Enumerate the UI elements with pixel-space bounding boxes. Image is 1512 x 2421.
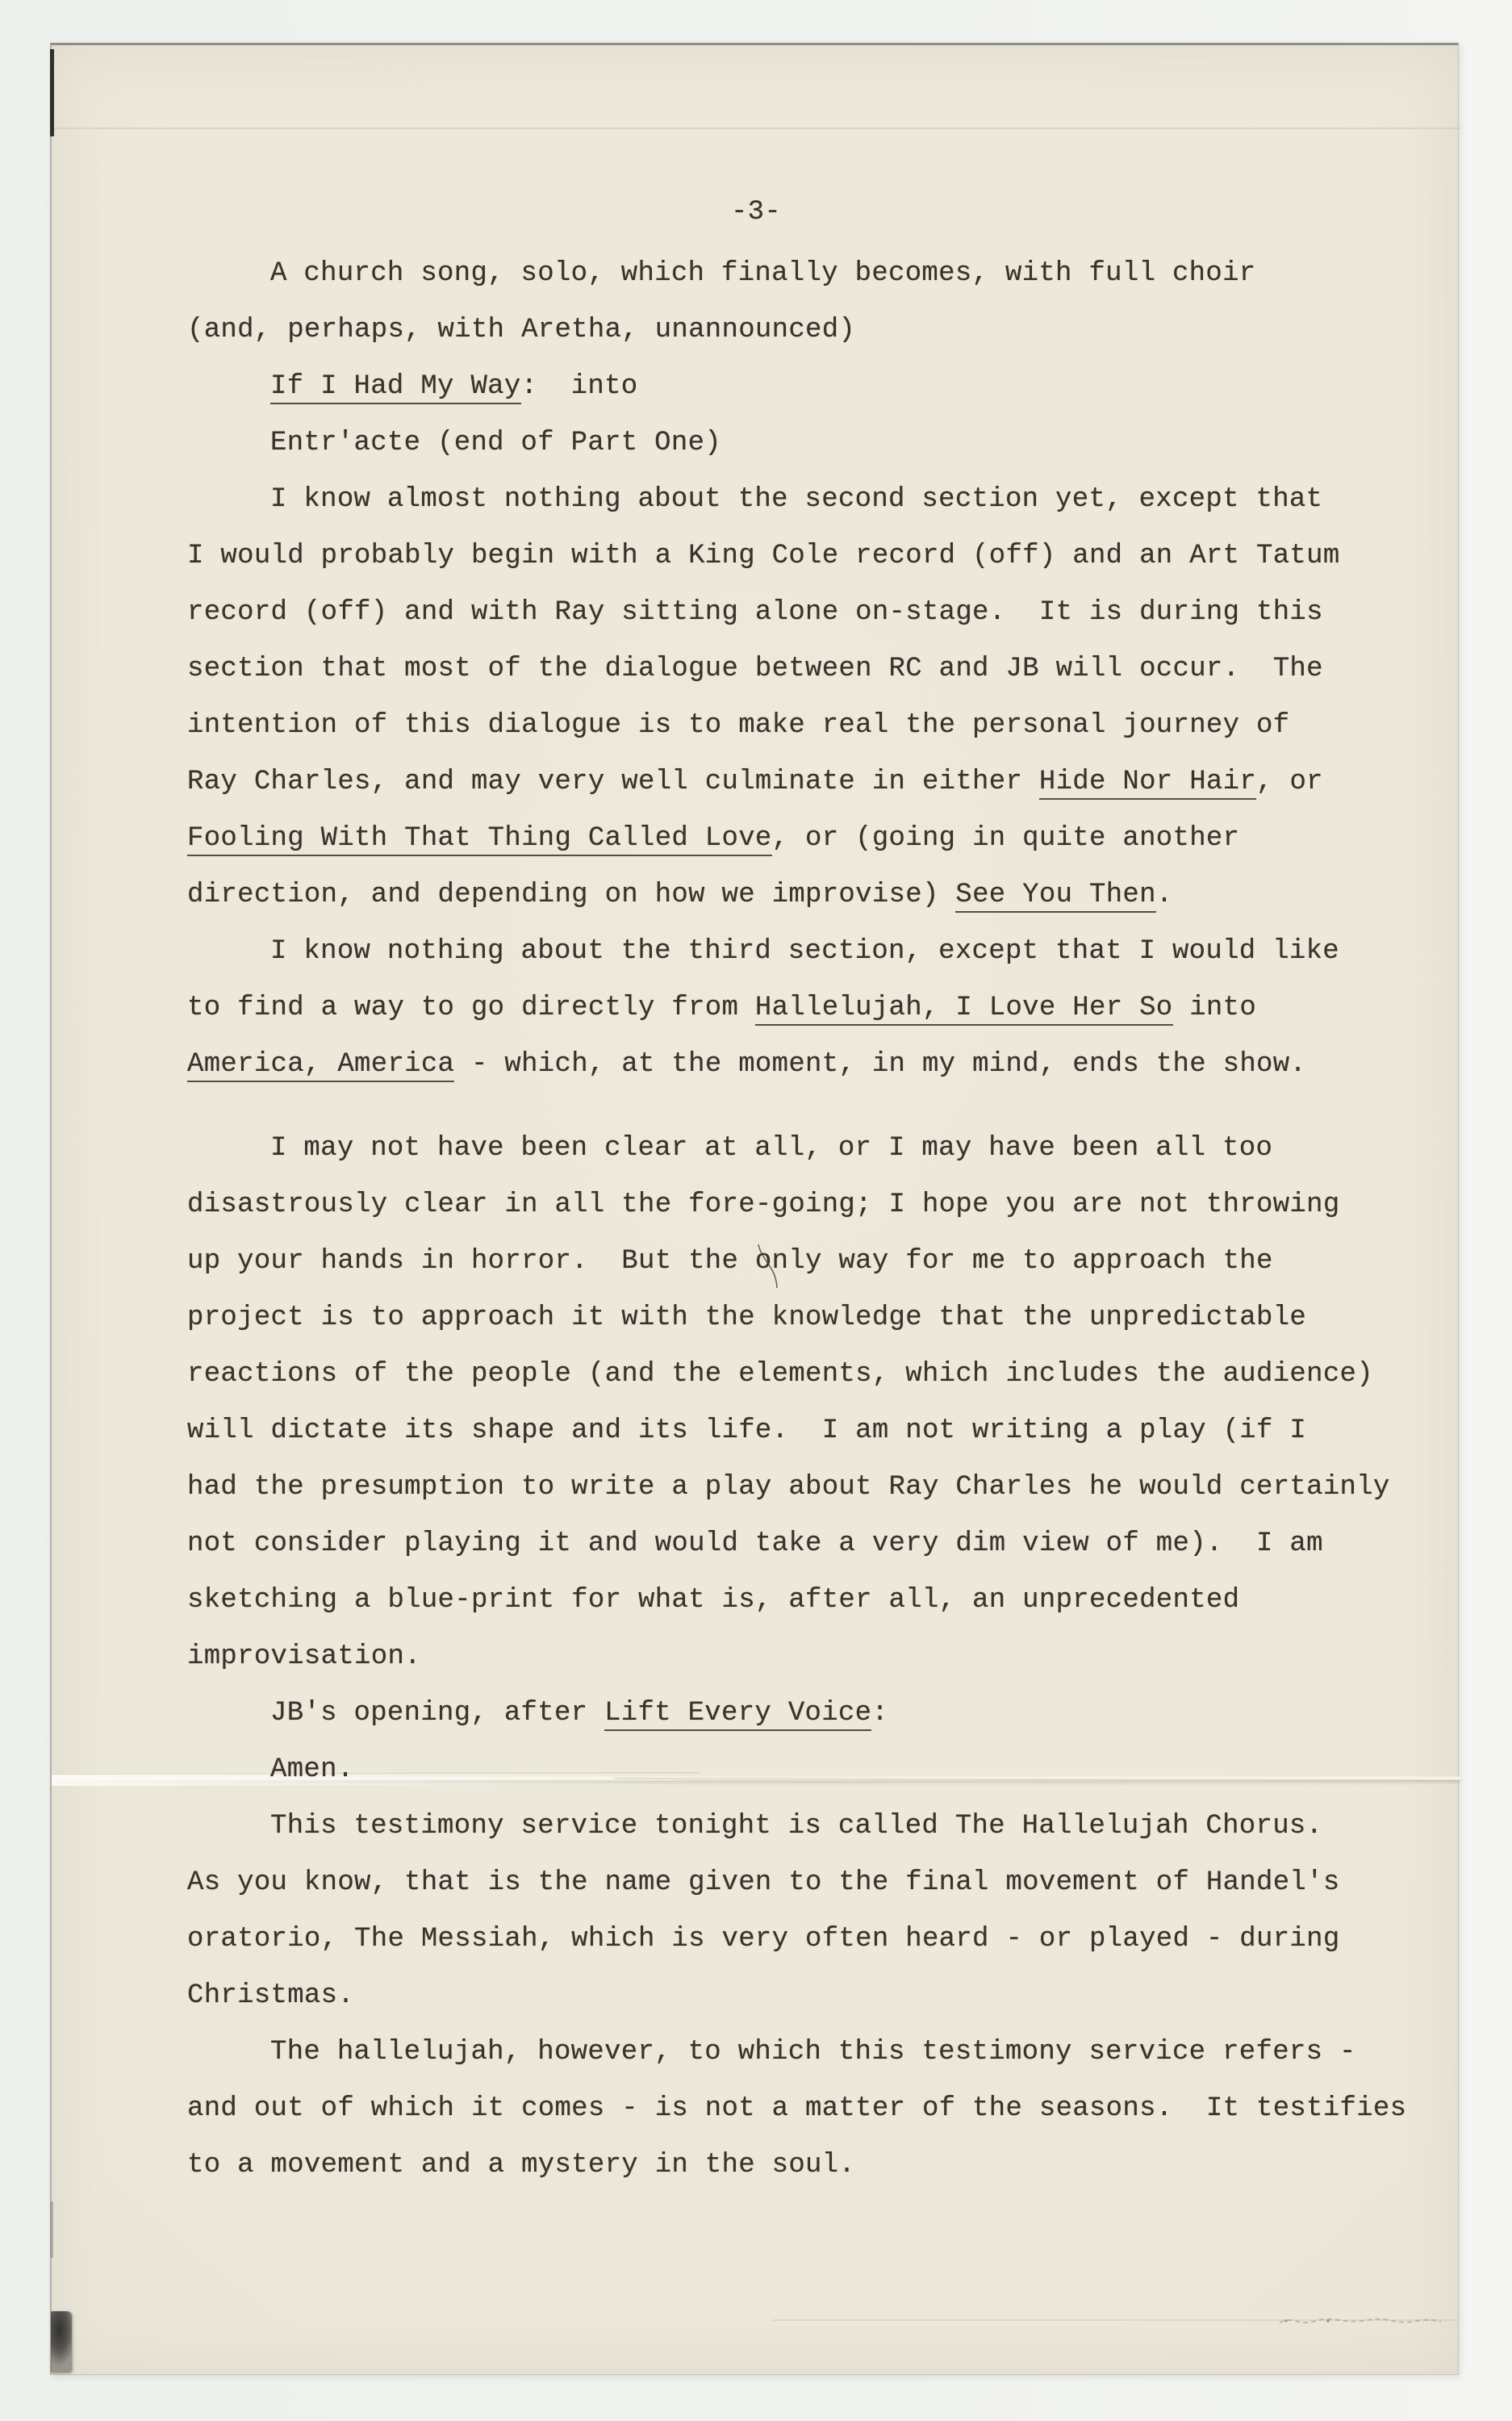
text-line: I know almost nothing about the second s… bbox=[187, 471, 1470, 528]
text-segment: intention of this dialogue is to make re… bbox=[187, 710, 1289, 741]
text-line: I may not have been clear at all, or I m… bbox=[187, 1120, 1470, 1177]
text-line: up your hands in horror. But the only wa… bbox=[187, 1233, 1470, 1290]
text-segment: Entr'acte (end of Part One) bbox=[270, 428, 721, 458]
text-segment: : bbox=[871, 1698, 888, 1729]
hair-mark bbox=[754, 1243, 786, 1299]
text-segment: Christmas. bbox=[187, 1980, 354, 2011]
text-segment: . bbox=[1156, 880, 1173, 910]
text-line: direction, and depending on how we impro… bbox=[187, 867, 1470, 923]
text-segment: into bbox=[1173, 993, 1257, 1023]
text-line: The hallelujah, however, to which this t… bbox=[187, 2024, 1470, 2080]
text-segment: JB's opening, after bbox=[270, 1698, 604, 1729]
text-line: and out of which it comes - is not a mat… bbox=[187, 2080, 1470, 2137]
text-segment: I may not have been clear at all, or I m… bbox=[270, 1133, 1272, 1164]
text-line: Fooling With That Thing Called Love, or … bbox=[187, 810, 1470, 867]
text-segment: Ray Charles, and may very well culminate… bbox=[187, 767, 1039, 797]
text-segment: to find a way to go directly from bbox=[187, 993, 755, 1023]
underlined-song-title: Hallelujah, I Love Her So bbox=[755, 993, 1173, 1026]
text-segment: This testimony service tonight is called… bbox=[270, 1811, 1322, 1842]
text-line: A church song, solo, which finally becom… bbox=[187, 245, 1470, 302]
text-line: (and, perhaps, with Aretha, unannounced) bbox=[187, 302, 1470, 358]
text-line: disastrously clear in all the fore-going… bbox=[187, 1177, 1470, 1233]
document-page: -3- A church song, solo, which finally b… bbox=[50, 43, 1459, 2375]
text-line: America, America - which, at the moment,… bbox=[187, 1036, 1470, 1093]
text-segment: project is to approach it with the knowl… bbox=[187, 1302, 1306, 1333]
text-segment: (and, perhaps, with Aretha, unannounced) bbox=[187, 315, 855, 345]
text-segment: improvisation. bbox=[187, 1641, 421, 1672]
text-line: section that most of the dialogue betwee… bbox=[187, 641, 1470, 697]
text-segment: sketching a blue-print for what is, afte… bbox=[187, 1585, 1239, 1616]
underlined-song-title: See You Then bbox=[955, 880, 1155, 913]
text-segment: not consider playing it and would take a… bbox=[187, 1528, 1323, 1559]
text-line: As you know, that is the name given to t… bbox=[187, 1854, 1470, 1911]
underlined-song-title: If I Had My Way bbox=[270, 371, 521, 404]
text-line: record (off) and with Ray sitting alone … bbox=[187, 584, 1470, 641]
scanner-edge-mark-lower bbox=[50, 2201, 53, 2258]
text-segment: I know nothing about the third section, … bbox=[270, 936, 1339, 967]
text-segment: disastrously clear in all the fore-going… bbox=[187, 1190, 1340, 1220]
text-segment: will dictate its shape and its life. I a… bbox=[187, 1415, 1306, 1446]
text-line: This testimony service tonight is called… bbox=[187, 1798, 1470, 1854]
text-line: project is to approach it with the knowl… bbox=[187, 1290, 1470, 1346]
text-line: Entr'acte (end of Part One) bbox=[187, 415, 1470, 471]
text-segment: I would probably begin with a King Cole … bbox=[187, 541, 1340, 571]
underlined-song-title: Hide Nor Hair bbox=[1039, 767, 1256, 800]
text-segment: to a movement and a mystery in the soul. bbox=[187, 2150, 855, 2181]
text-line: to a movement and a mystery in the soul. bbox=[187, 2137, 1470, 2193]
text-line: not consider playing it and would take a… bbox=[187, 1516, 1470, 1572]
text-line: reactions of the people (and the element… bbox=[187, 1346, 1470, 1403]
scanner-edge-mark bbox=[50, 49, 54, 136]
scanned-document: -3- A church song, solo, which finally b… bbox=[0, 0, 1512, 2421]
text-segment: : into bbox=[521, 371, 638, 402]
text-segment: As you know, that is the name given to t… bbox=[187, 1867, 1340, 1898]
underlined-song-title: Fooling With That Thing Called Love bbox=[187, 823, 772, 856]
underlined-song-title: Lift Every Voice bbox=[604, 1698, 871, 1731]
text-line: I know nothing about the third section, … bbox=[187, 923, 1470, 980]
text-line: had the presumption to write a play abou… bbox=[187, 1459, 1470, 1516]
text-line: JB's opening, after Lift Every Voice: bbox=[187, 1685, 1470, 1742]
text-line: Amen. bbox=[187, 1742, 1470, 1798]
text-line: improvisation. bbox=[187, 1629, 1470, 1685]
text-line: sketching a blue-print for what is, afte… bbox=[187, 1572, 1470, 1629]
text-segment: record (off) and with Ray sitting alone … bbox=[187, 597, 1323, 628]
text-segment: had the presumption to write a play abou… bbox=[187, 1472, 1390, 1503]
text-line: If I Had My Way: into bbox=[187, 358, 1470, 415]
text-segment: up your hands in horror. But the only wa… bbox=[187, 1246, 1273, 1277]
text-segment: The hallelujah, however, to which this t… bbox=[270, 2037, 1356, 2068]
pencil-scribble bbox=[1276, 2311, 1446, 2332]
text-line: Ray Charles, and may very well culminate… bbox=[187, 754, 1470, 810]
underlined-song-title: America, America bbox=[187, 1049, 454, 1082]
text-line: intention of this dialogue is to make re… bbox=[187, 697, 1470, 754]
text-segment: section that most of the dialogue betwee… bbox=[187, 654, 1323, 684]
text-line: I would probably begin with a King Cole … bbox=[187, 528, 1470, 584]
text-segment: oratorio, The Messiah, which is very oft… bbox=[187, 1924, 1340, 1955]
text-segment: I know almost nothing about the second s… bbox=[270, 484, 1322, 515]
text-segment: , or (going in quite another bbox=[772, 823, 1240, 854]
ink-smudge bbox=[51, 2311, 72, 2373]
text-line: to find a way to go directly from Hallel… bbox=[187, 980, 1470, 1036]
text-segment: , or bbox=[1256, 767, 1323, 797]
faint-crease-top bbox=[52, 128, 1460, 129]
text-segment: and out of which it comes - is not a mat… bbox=[187, 2093, 1406, 2124]
text-body: A church song, solo, which finally becom… bbox=[187, 245, 1470, 2193]
text-line: will dictate its shape and its life. I a… bbox=[187, 1403, 1470, 1459]
text-segment: - which, at the moment, in my mind, ends… bbox=[454, 1049, 1306, 1080]
text-line: oratorio, The Messiah, which is very oft… bbox=[187, 1911, 1470, 1967]
text-line: Christmas. bbox=[187, 1967, 1470, 2024]
text-segment: Amen. bbox=[270, 1754, 354, 1785]
text-segment: reactions of the people (and the element… bbox=[187, 1359, 1373, 1390]
page-number: -3- bbox=[52, 197, 1460, 228]
text-segment: direction, and depending on how we impro… bbox=[187, 880, 955, 910]
text-segment: A church song, solo, which finally becom… bbox=[270, 258, 1256, 289]
